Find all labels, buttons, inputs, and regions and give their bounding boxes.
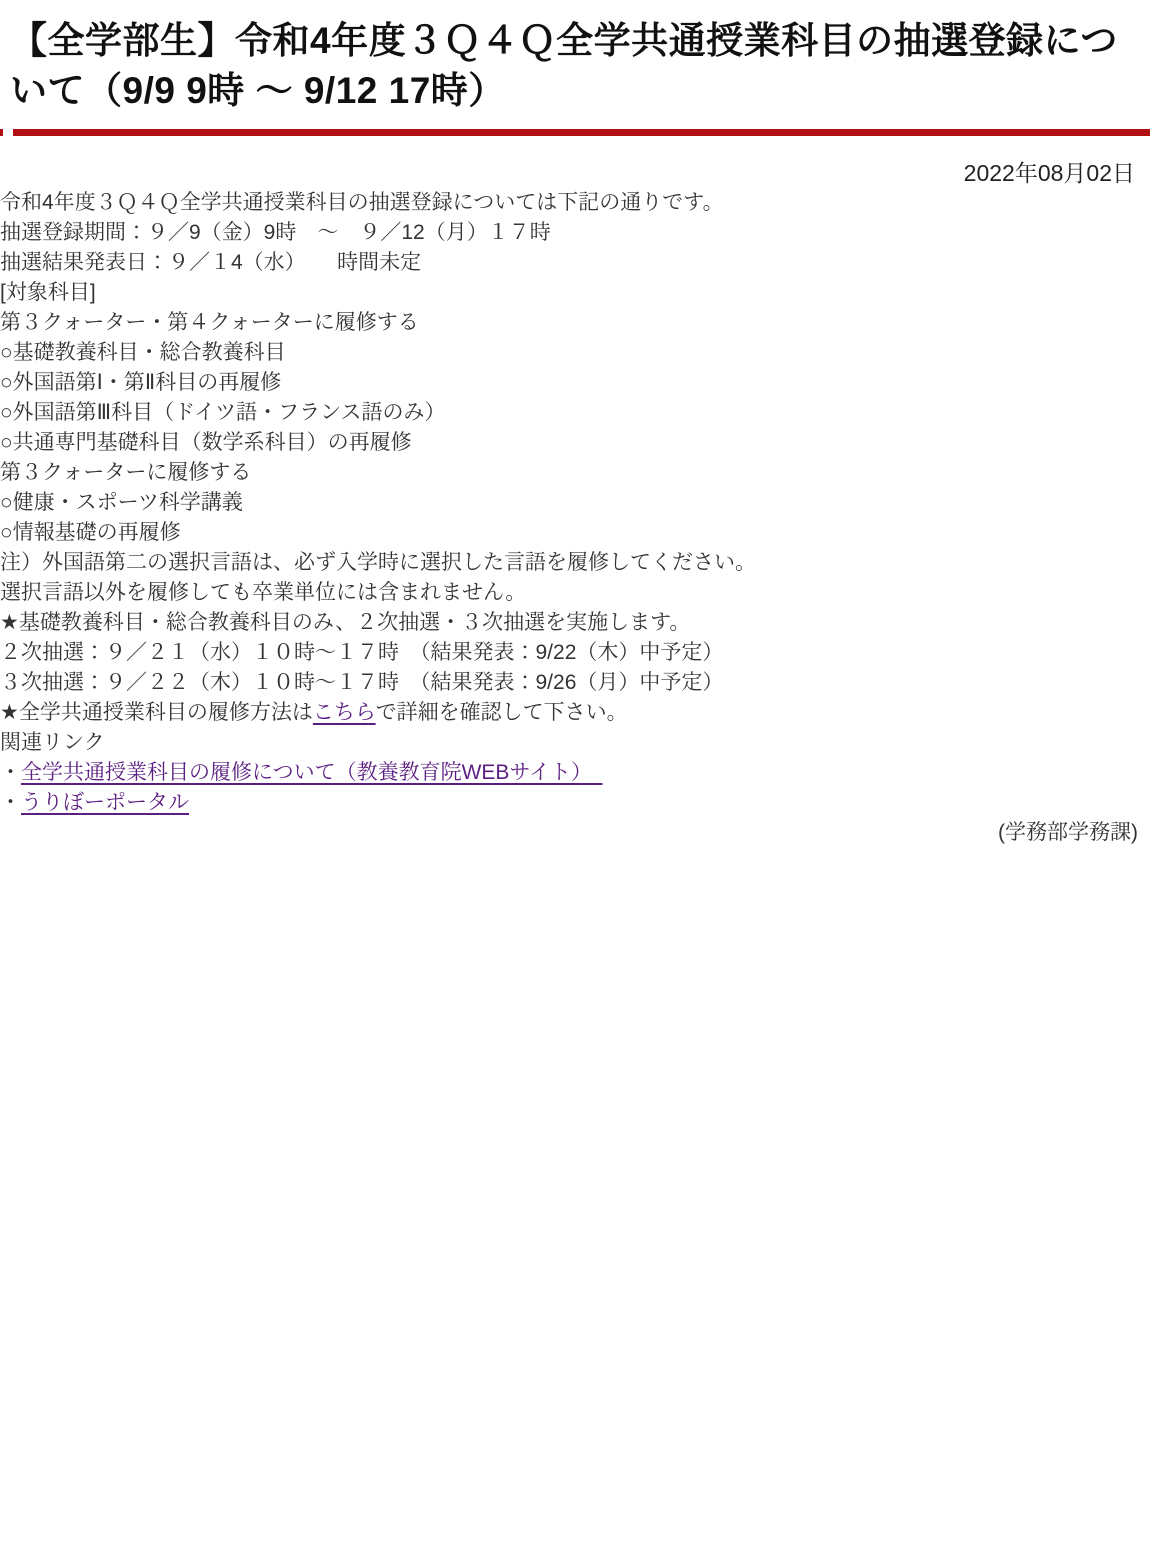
- list-item-q34-foreign1-2: ○外国語第Ⅰ・第Ⅱ科目の再履修: [0, 368, 1150, 398]
- note-language-choice: 注）外国語第二の選択言語は、必ず入学時に選択した言語を履修してください。: [0, 548, 1150, 578]
- note-credit-warning: 選択言語以外を履修しても卒業単位には含まれません。: [0, 578, 1150, 608]
- lottery-result-date: 抽選結果発表日：９／１4（水） 時間未定: [0, 248, 1150, 278]
- curriculum-website-link[interactable]: 全学共通授業科目の履修について（教養教育院WEBサイト）: [21, 761, 602, 784]
- list-item-q3-health-sports: ○健康・スポーツ科学講義: [0, 488, 1150, 518]
- footer-department: (学務部学務課): [0, 818, 1138, 848]
- star-note-registration-method: ★全学共通授業科目の履修方法はこちらで詳細を確認して下さい。: [0, 698, 1150, 728]
- second-lottery-schedule: ２次抽選：９／２１（水）１０時～１７時 （結果発表：9/22（木）中予定）: [0, 638, 1150, 668]
- title-divider: [13, 129, 1150, 136]
- bullet-icon: ・: [0, 761, 21, 784]
- target-subjects-header: [対象科目]: [0, 278, 1150, 308]
- star-note-second-third-lottery: ★基礎教養科目・総合教養科目のみ、２次抽選・３次抽選を実施します。: [0, 608, 1150, 638]
- related-links-header: 関連リンク: [0, 728, 1150, 758]
- page-title: 【全学部生】令和4年度３Ｑ４Ｑ全学共通授業科目の抽選登録について（9/9 9時 …: [10, 16, 1132, 116]
- list-item-q34-common-math: ○共通専門基礎科目（数学系科目）の再履修: [0, 428, 1150, 458]
- registration-method-pre-text: ★全学共通授業科目の履修方法は: [0, 701, 313, 724]
- related-link-row: ・全学共通授業科目の履修について（教養教育院WEBサイト）: [0, 758, 1150, 788]
- q3q4-header: 第３クォーター・第４クォーターに履修する: [0, 308, 1150, 338]
- kochira-link[interactable]: こちら: [313, 701, 376, 724]
- list-item-q3-info-basics: ○情報基礎の再履修: [0, 518, 1150, 548]
- intro-text: 令和4年度３Ｑ４Ｑ全学共通授業科目の抽選登録については下記の通りです。: [0, 188, 1150, 218]
- related-link-row: ・うりぼーポータル: [0, 788, 1150, 818]
- list-item-q34-foreign3: ○外国語第Ⅲ科目（ドイツ語・フランス語のみ）: [0, 398, 1150, 428]
- third-lottery-schedule: ３次抽選：９／２２（木）１０時～１７時 （結果発表：9/26（月）中予定）: [0, 668, 1150, 698]
- q3-header: 第３クォーターに履修する: [0, 458, 1150, 488]
- bullet-icon: ・: [0, 791, 21, 814]
- uribo-portal-link[interactable]: うりぼーポータル: [21, 791, 189, 814]
- announcement-page: 【全学部生】令和4年度３Ｑ４Ｑ全学共通授業科目の抽選登録について（9/9 9時 …: [0, 0, 1150, 1548]
- list-item-q34-basic: ○基礎教養科目・総合教養科目: [0, 338, 1150, 368]
- post-date: 2022年08月02日: [0, 158, 1135, 188]
- registration-method-post-text: で詳細を確認して下さい。: [376, 701, 628, 724]
- lottery-period: 抽選登録期間：９／9（金）9時 ～ ９／12（月）１７時: [0, 218, 1150, 248]
